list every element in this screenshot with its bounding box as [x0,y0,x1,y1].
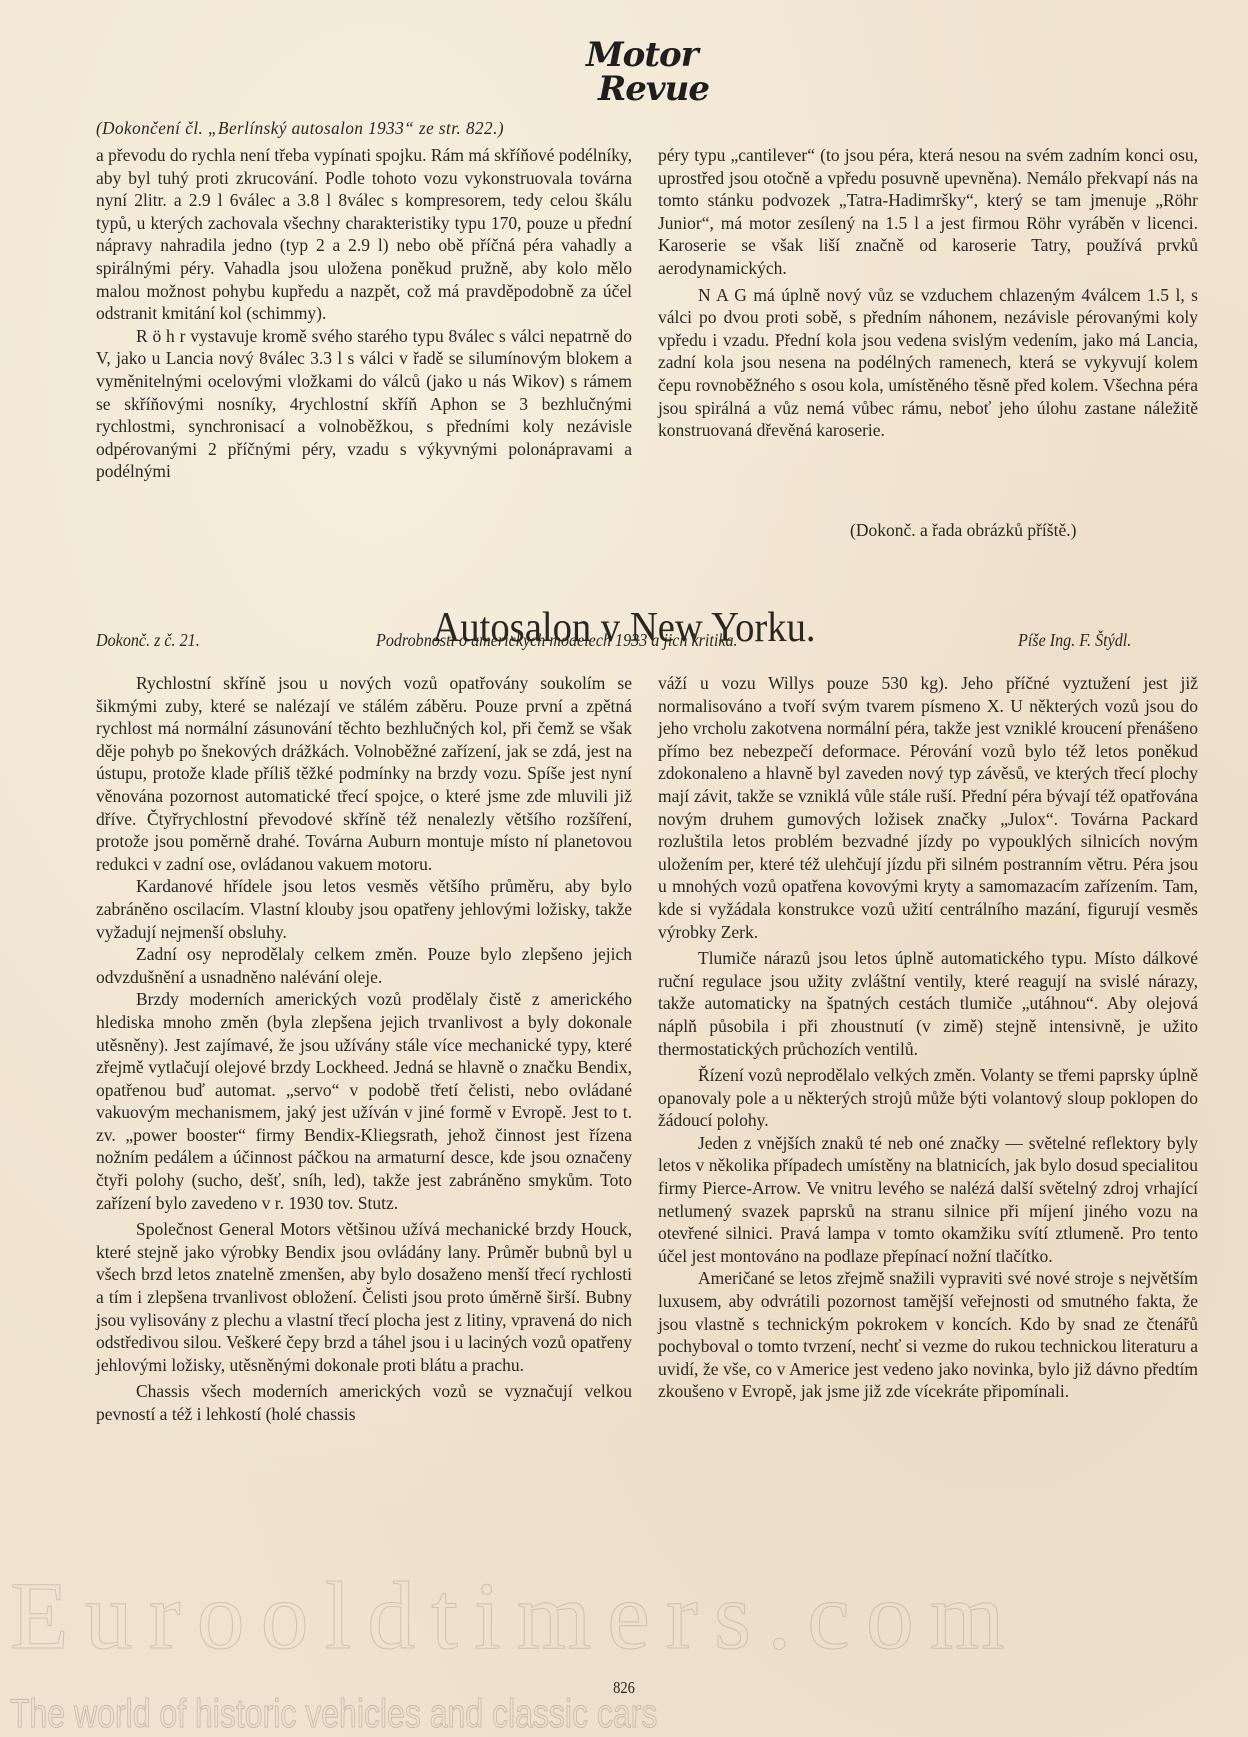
paragraph: Zadní osy neprodělaly celkem změn. Pouze… [96,943,632,988]
paragraph: Kardanové hřídele jsou letos vesměs větš… [96,875,632,943]
continuation-note: (Dokončení čl. „Berlínský autosalon 1933… [96,118,609,139]
article-column-right: váží u vozu Willys pouze 530 kg). Jeho p… [658,672,1198,1403]
previous-article-column-right: péry typu „cantilever“ (to jsou péra, kt… [658,144,1198,442]
paragraph: Rychlostní skříně jsou u nových vozů opa… [96,672,632,875]
paragraph: a převodu do rychla není třeba vypínati … [96,144,632,325]
paragraph: Američané se letos zřejmě snažili vyprav… [658,1267,1198,1403]
watermark-site: Eurooldtimers.com [10,1560,1021,1671]
page-number: 826 [94,1678,1155,1698]
paragraph: Tlumiče nárazů jsou letos úplně automati… [658,947,1198,1060]
paragraph: Chassis všech moderních amerických vozů … [96,1380,632,1425]
masthead-line-1: Motor [586,38,716,72]
watermark-tagline: The world of historic vehicles and class… [10,1692,657,1737]
masthead-line-2: Revue [586,72,716,106]
continued-from: Dokonč. z č. 21. [96,630,200,651]
paragraph: Řízení vozů neprodělalo velkých změn. Vo… [658,1064,1198,1132]
paragraph: N A G má úplně nový vůz se vzduchem chla… [658,284,1198,442]
article-column-left: Rychlostní skříně jsou u nových vozů opa… [96,672,632,1426]
masthead-logo: Motor Revue [586,38,716,106]
paragraph: Společnost General Motors většinou užívá… [96,1218,632,1376]
paragraph: péry typu „cantilever“ (to jsou péra, kt… [658,144,1198,280]
paragraph: Brzdy moderních amerických vozů prodělal… [96,988,632,1214]
previous-article-column-left: a převodu do rychla není třeba vypínati … [96,144,632,483]
article-byline: Píše Ing. F. Štýdl. [1018,630,1131,651]
article-subtitle: Podrobnosti o amerických modelech 1933 a… [376,630,738,651]
paragraph: váží u vozu Willys pouze 530 kg). Jeho p… [658,672,1198,943]
magazine-page: Motor Revue (Dokončení čl. „Berlínský au… [0,0,1248,1737]
closing-note: (Dokonč. a řada obrázků příště.) [850,520,1076,541]
paragraph: Jeden z vnějších znaků té neb oné značky… [658,1132,1198,1268]
paragraph: R ö h r vystavuje kromě svého starého ty… [96,325,632,483]
